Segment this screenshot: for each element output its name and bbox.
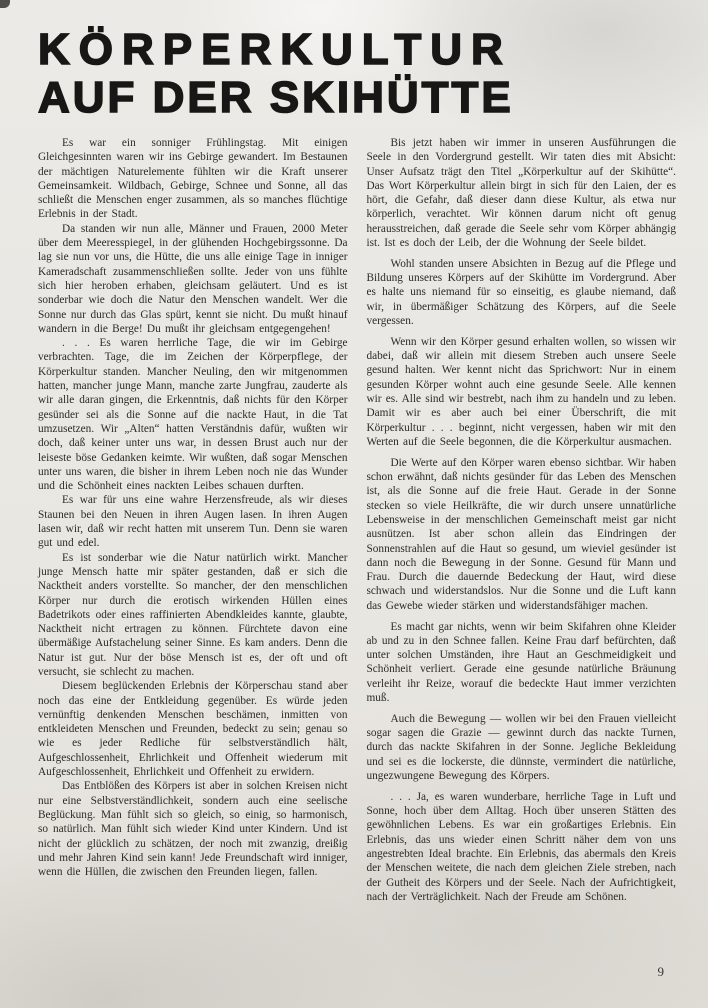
paragraph: Diesem beglückenden Erlebnis der Körpers… (38, 679, 348, 779)
magazine-page: KÖRPERKULTUR AUF DER SKIHÜTTE Es war ein… (0, 0, 708, 1008)
paragraph: Die Werte auf den Körper waren ebenso si… (367, 456, 677, 613)
paragraph: Da standen wir nun alle, Männer und Frau… (38, 222, 348, 336)
article-title: KÖRPERKULTUR AUF DER SKIHÜTTE (38, 26, 676, 122)
article-title-line2: AUF DER SKIHÜTTE (38, 74, 676, 122)
paragraph: Es macht gar nichts, wenn wir beim Skifa… (367, 620, 677, 706)
paragraph: Das Entblößen des Körpers ist aber in so… (38, 779, 348, 879)
left-column: Es war ein sonniger Frühlingstag. Mit ei… (38, 136, 348, 879)
paragraph: Es war für uns eine wahre Herzensfreude,… (38, 493, 348, 550)
paragraph: Wenn wir den Körper gesund erhalten woll… (367, 335, 677, 449)
paragraph: . . . Ja, es waren wunderbare, herrliche… (367, 790, 677, 904)
text-columns: Es war ein sonniger Frühlingstag. Mit ei… (38, 136, 676, 904)
paragraph: Auch die Bewegung — wollen wir bei den F… (367, 712, 677, 783)
article-title-line1: KÖRPERKULTUR (38, 26, 676, 74)
paragraph: Wohl standen unsere Absichten in Bezug a… (367, 257, 677, 328)
paragraph: Es war ein sonniger Frühlingstag. Mit ei… (38, 136, 348, 222)
paragraph: Es ist sonderbar wie die Natur natürlich… (38, 551, 348, 680)
page-number: 9 (658, 964, 665, 980)
right-column: Bis jetzt haben wir immer in unseren Aus… (367, 136, 677, 904)
scan-corner-smudge (0, 0, 10, 8)
paragraph: . . . Es waren herrliche Tage, die wir i… (38, 336, 348, 493)
page-content: KÖRPERKULTUR AUF DER SKIHÜTTE Es war ein… (38, 26, 676, 904)
paragraph: Bis jetzt haben wir immer in unseren Aus… (367, 136, 677, 250)
